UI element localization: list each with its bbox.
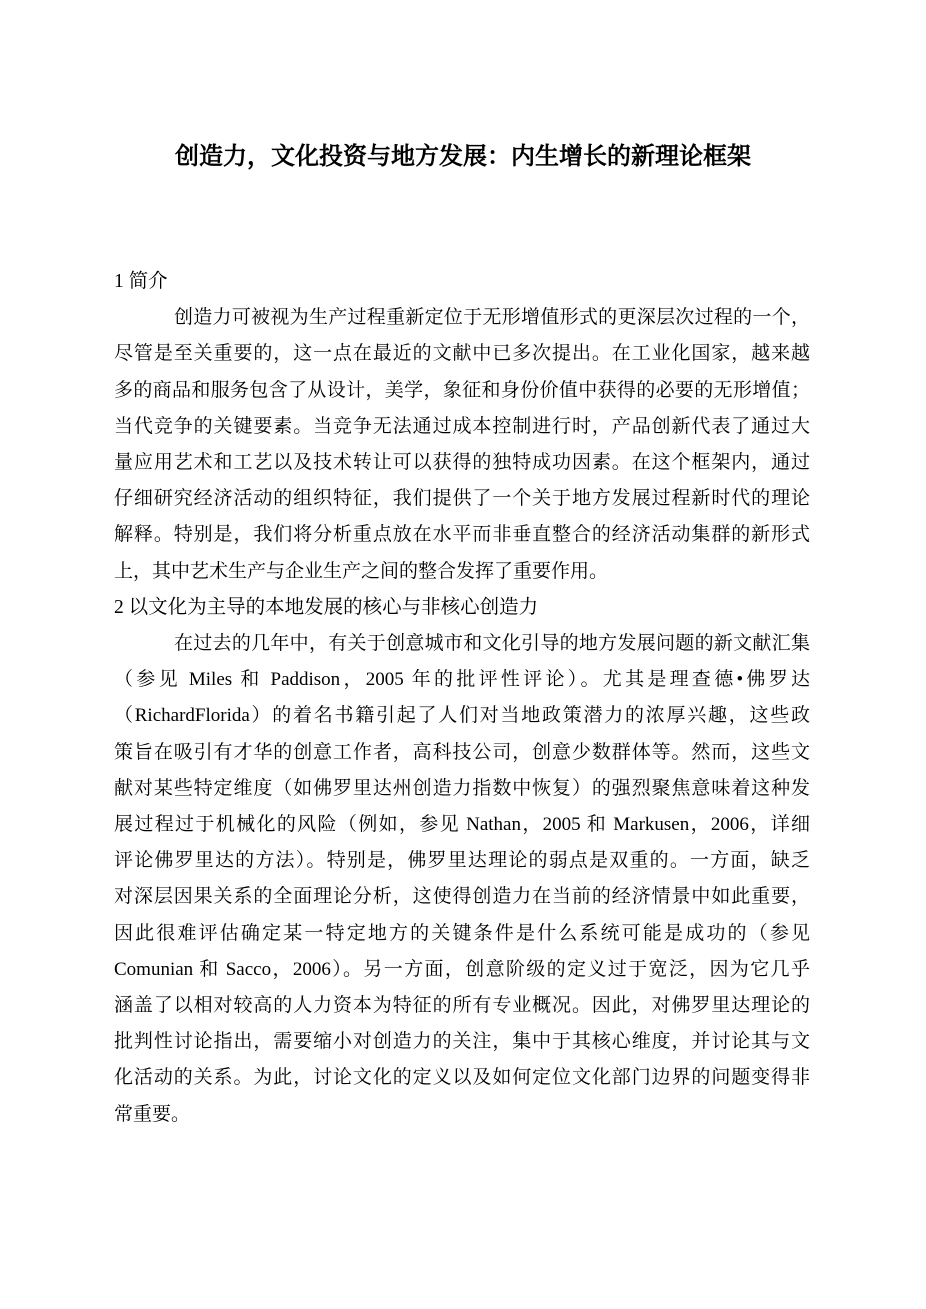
section-2-paragraph: 在过去的几年中，有关于创意城市和文化引导的地方发展问题的新文献汇集 （参见 Mi… (114, 626, 810, 1133)
document-body: 1 简介 创造力可被视为生产过程重新定位于无形增值形式的更深层次过程的一个， 尽… (114, 264, 810, 1133)
paragraph-line: 尽管是至关重要的，这一点在最近的文献中已多次提出。在工业化国家，越来越 (114, 336, 810, 372)
paragraph-line: 因此很难评估确定某一特定地方的关键条件是什么系统可能是成功的（参见 (114, 916, 810, 952)
paragraph-line: 化活动的关系。为此，讨论文化的定义以及如何定位文化部门边界的问题变得非 (114, 1060, 810, 1096)
paragraph-line: 策旨在吸引有才华的创意工作者，高科技公司，创意少数群体等。然而，这些文 (114, 735, 810, 771)
paragraph-line: 评论佛罗里达的方法）。特别是，佛罗里达理论的弱点是双重的。一方面，缺乏 (114, 843, 810, 879)
paragraph-line: 多的商品和服务包含了从设计，美学，象征和身份价值中获得的必要的无形增值； (114, 373, 810, 409)
paragraph-line: 涵盖了以相对较高的人力资本为特征的所有专业概况。因此，对佛罗里达理论的 (114, 988, 810, 1024)
section-1-paragraph: 创造力可被视为生产过程重新定位于无形增值形式的更深层次过程的一个， 尽管是至关重… (114, 300, 810, 590)
paragraph-line: 量应用艺术和工艺以及技术转让可以获得的独特成功因素。在这个框架内，通过 (114, 445, 810, 481)
paragraph-line: 上，其中艺术生产与企业生产之间的整合发挥了重要作用。 (114, 554, 810, 590)
paragraph-line: 对深层因果关系的全面理论分析，这使得创造力在当前的经济情景中如此重要， (114, 879, 810, 915)
paragraph-line: Comunian 和 Sacco，2006）。另一方面，创意阶级的定义过于宽泛，… (114, 952, 810, 988)
paragraph-line: 解释。特别是，我们将分析重点放在水平而非垂直整合的经济活动集群的新形式 (114, 517, 810, 553)
paragraph-line: 批判性讨论指出，需要缩小对创造力的关注，集中于其核心维度，并讨论其与文 (114, 1024, 810, 1060)
document-page: 创造力，文化投资与地方发展：内生增长的新理论框架 1 简介 创造力可被视为生产过… (0, 0, 926, 1309)
paragraph-line: 在过去的几年中，有关于创意城市和文化引导的地方发展问题的新文献汇集 (114, 626, 810, 662)
paragraph-line: 献对某些特定维度（如佛罗里达州创造力指数中恢复）的强烈聚焦意味着这种发 (114, 771, 810, 807)
section-2-heading: 2 以文化为主导的本地发展的核心与非核心创造力 (114, 590, 810, 626)
paragraph-line: 当代竞争的关键要素。当竞争无法通过成本控制进行时，产品创新代表了通过大 (114, 409, 810, 445)
paragraph-line: 展过程过于机械化的风险（例如，参见 Nathan，2005 和 Markusen… (114, 807, 810, 843)
paragraph-line: 仔细研究经济活动的组织特征，我们提供了一个关于地方发展过程新时代的理论 (114, 481, 810, 517)
paragraph-line: （RichardFlorida）的着名书籍引起了人们对当地政策潜力的浓厚兴趣，这… (114, 698, 810, 734)
paragraph-line: 创造力可被视为生产过程重新定位于无形增值形式的更深层次过程的一个， (114, 300, 810, 336)
section-1-heading: 1 简介 (114, 264, 810, 300)
document-title: 创造力，文化投资与地方发展：内生增长的新理论框架 (0, 139, 926, 175)
paragraph-line: （参见 Miles 和 Paddison，2005 年的批评性评论）。尤其是理查… (114, 662, 810, 698)
paragraph-line: 常重要。 (114, 1097, 810, 1133)
